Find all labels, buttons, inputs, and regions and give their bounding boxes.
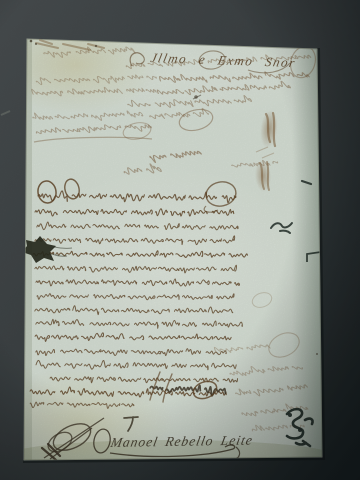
- grain-overlay: [0, 0, 360, 480]
- scan-photo: Jllmo e Exmo Snor: [0, 0, 360, 480]
- manuscript-scan: Jllmo e Exmo Snor: [0, 0, 360, 480]
